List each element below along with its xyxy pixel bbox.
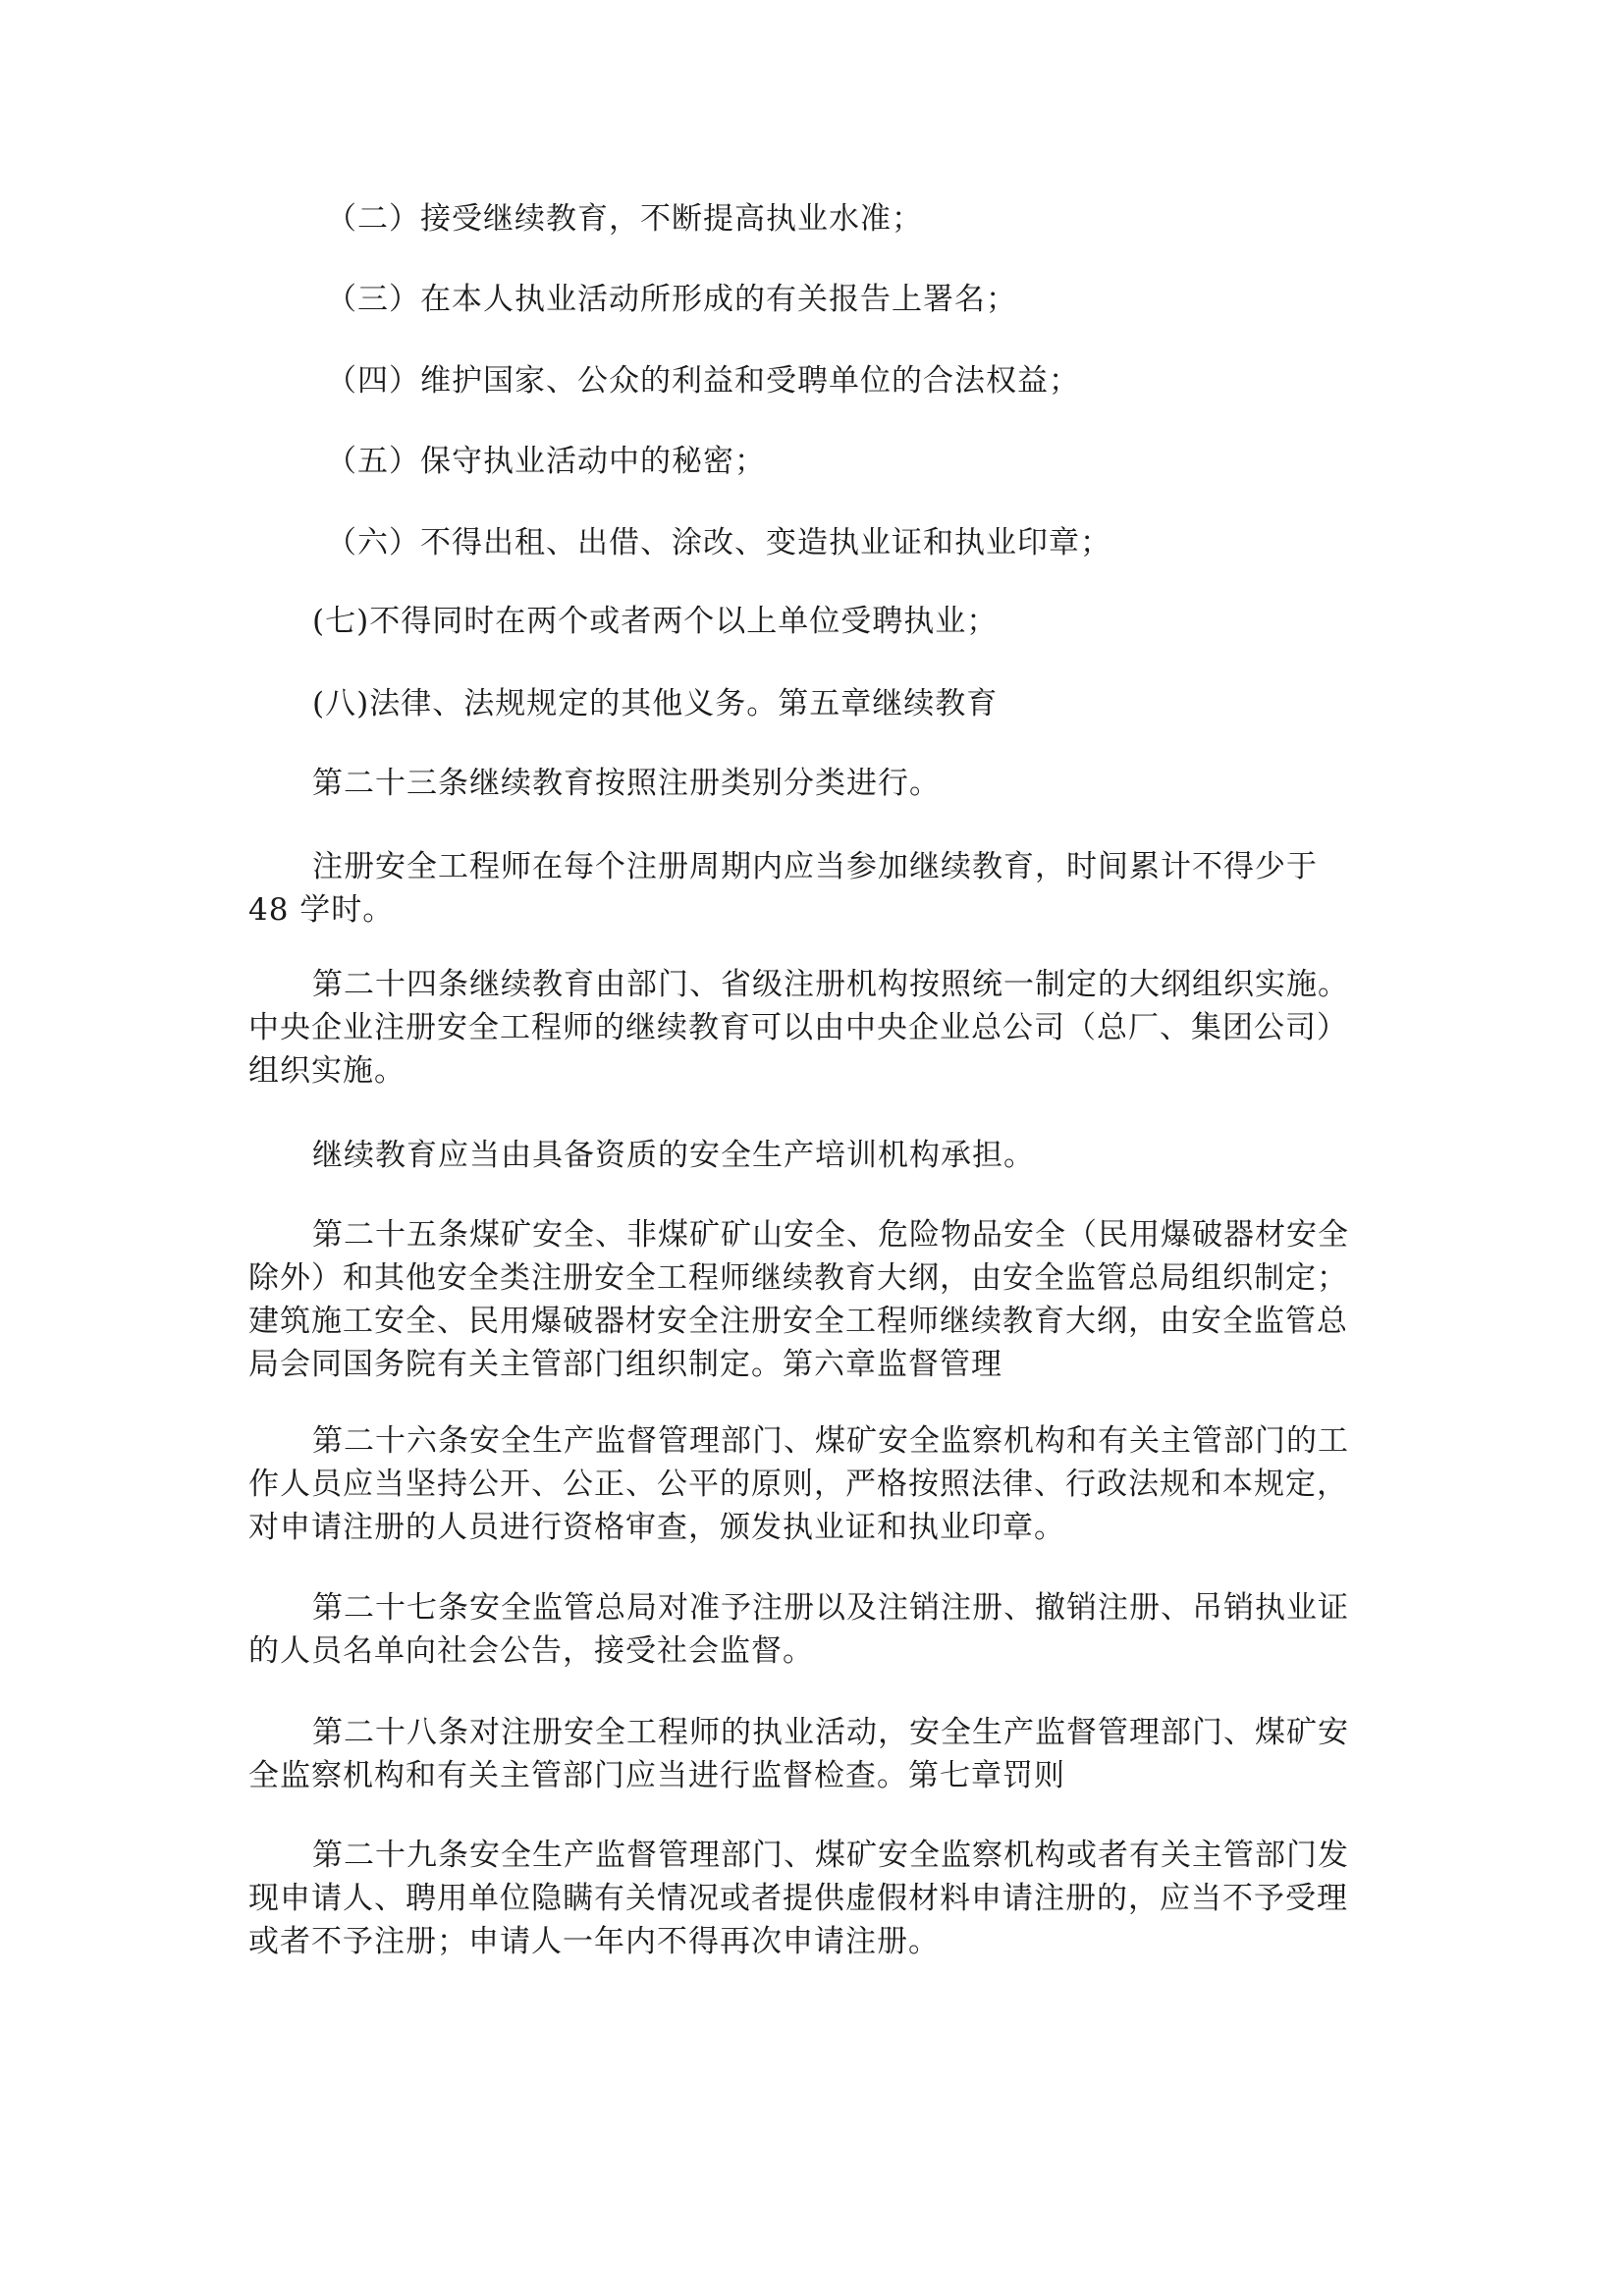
article-23-paragraph: 第二十三条继续教育按照注册类别分类进行。 — [248, 762, 1378, 805]
article-24-paragraph: 第二十四条继续教育由部门、省级注册机构按照统一制定的大纲组织实施。 中央企业注册… — [248, 963, 1378, 1093]
paragraph-line: 或者不予注册；申请人一年内不得再次申请注册。 — [248, 1920, 1378, 1963]
paragraph-line: 第二十三条继续教育按照注册类别分类进行。 — [248, 762, 1378, 805]
list-marker: （六） — [326, 525, 420, 561]
article-25-paragraph: 第二十五条煤矿安全、非煤矿矿山安全、危险物品安全（民用爆破器材安全 除外）和其他… — [248, 1213, 1378, 1386]
article-27-paragraph: 第二十七条安全监管总局对准予注册以及注销注册、撤销注册、吊销执业证 的人员名单向… — [248, 1586, 1378, 1673]
paragraph-line: 作人员应当坚持公开、公正、公平的原则，严格按照法律、行政法规和本规定， — [248, 1463, 1378, 1506]
list-item-2: （二）接受继续教育，不断提高执业水准； — [326, 197, 923, 240]
paragraph-line: 第二十四条继续教育由部门、省级注册机构按照统一制定的大纲组织实施。 — [248, 963, 1378, 1006]
list-text: 保守执业活动中的秘密； — [420, 444, 766, 479]
paragraph-line: 的人员名单向社会公告，接受社会监督。 — [248, 1629, 1378, 1673]
list-marker: （二） — [326, 201, 420, 237]
education-hours-paragraph: 注册安全工程师在每个注册周期内应当参加继续教育，时间累计不得少于 48 学时。 — [248, 845, 1378, 932]
list-marker: （四） — [326, 363, 420, 399]
paragraph-line: 除外）和其他安全类注册安全工程师继续教育大纲，由安全监管总局组织制定； — [248, 1256, 1378, 1300]
list-item-8: (八)法律、法规规定的其他义务。第五章继续教育 — [312, 682, 998, 725]
paragraph-line: 中央企业注册安全工程师的继续教育可以由中央企业总公司（总厂、集团公司） — [248, 1006, 1378, 1049]
list-marker: (八) — [312, 686, 369, 721]
paragraph-line: 现申请人、聘用单位隐瞒有关情况或者提供虚假材料申请注册的，应当不予受理 — [248, 1877, 1378, 1920]
list-text: 不得出租、出借、涂改、变造执业证和执业印章； — [420, 525, 1111, 561]
paragraph-line: 建筑施工安全、民用爆破器材安全注册安全工程师继续教育大纲，由安全监管总 — [248, 1300, 1378, 1343]
training-institution-paragraph: 继续教育应当由具备资质的安全生产培训机构承担。 — [248, 1134, 1378, 1177]
list-marker: （三） — [326, 282, 420, 317]
list-item-6: （六）不得出租、出借、涂改、变造执业证和执业印章； — [326, 521, 1111, 564]
list-marker: （五） — [326, 444, 420, 479]
list-item-7: (七)不得同时在两个或者两个以上单位受聘执业； — [312, 600, 998, 643]
paragraph-line: 全监察机构和有关主管部门应当进行监督检查。第七章罚则 — [248, 1754, 1378, 1797]
list-text: 接受继续教育，不断提高执业水准； — [420, 201, 923, 237]
paragraph-line: 继续教育应当由具备资质的安全生产培训机构承担。 — [248, 1134, 1378, 1177]
list-text: 维护国家、公众的利益和受聘单位的合法权益； — [420, 363, 1080, 399]
list-text: 不得同时在两个或者两个以上单位受聘执业； — [369, 604, 998, 639]
list-text: 法律、法规规定的其他义务。第五章继续教育 — [369, 686, 998, 721]
paragraph-line: 对申请注册的人员进行资格审查，颁发执业证和执业印章。 — [248, 1506, 1378, 1549]
paragraph-line: 第二十九条安全生产监督管理部门、煤矿安全监察机构或者有关主管部门发 — [248, 1834, 1378, 1877]
list-item-3: （三）在本人执业活动所形成的有关报告上署名； — [326, 278, 1017, 321]
paragraph-line: 注册安全工程师在每个注册周期内应当参加继续教育，时间累计不得少于 — [248, 845, 1378, 888]
list-item-5: （五）保守执业活动中的秘密； — [326, 440, 766, 483]
list-marker: (七) — [312, 604, 369, 639]
paragraph-line: 局会同国务院有关主管部门组织制定。第六章监督管理 — [248, 1343, 1378, 1386]
list-item-4: （四）维护国家、公众的利益和受聘单位的合法权益； — [326, 359, 1080, 402]
paragraph-line: 组织实施。 — [248, 1049, 1378, 1093]
paragraph-line: 第二十八条对注册安全工程师的执业活动，安全生产监督管理部门、煤矿安 — [248, 1711, 1378, 1754]
paragraph-line: 第二十七条安全监管总局对准予注册以及注销注册、撤销注册、吊销执业证 — [248, 1586, 1378, 1629]
article-28-paragraph: 第二十八条对注册安全工程师的执业活动，安全生产监督管理部门、煤矿安 全监察机构和… — [248, 1711, 1378, 1797]
list-text: 在本人执业活动所形成的有关报告上署名； — [420, 282, 1017, 317]
document-page: （二）接受继续教育，不断提高执业水准； （三）在本人执业活动所形成的有关报告上署… — [0, 0, 1624, 2296]
article-29-paragraph: 第二十九条安全生产监督管理部门、煤矿安全监察机构或者有关主管部门发 现申请人、聘… — [248, 1834, 1378, 1963]
paragraph-line: 48 学时。 — [248, 888, 1378, 932]
paragraph-line: 第二十五条煤矿安全、非煤矿矿山安全、危险物品安全（民用爆破器材安全 — [248, 1213, 1378, 1256]
paragraph-line: 第二十六条安全生产监督管理部门、煤矿安全监察机构和有关主管部门的工 — [248, 1419, 1378, 1463]
article-26-paragraph: 第二十六条安全生产监督管理部门、煤矿安全监察机构和有关主管部门的工 作人员应当坚… — [248, 1419, 1378, 1549]
